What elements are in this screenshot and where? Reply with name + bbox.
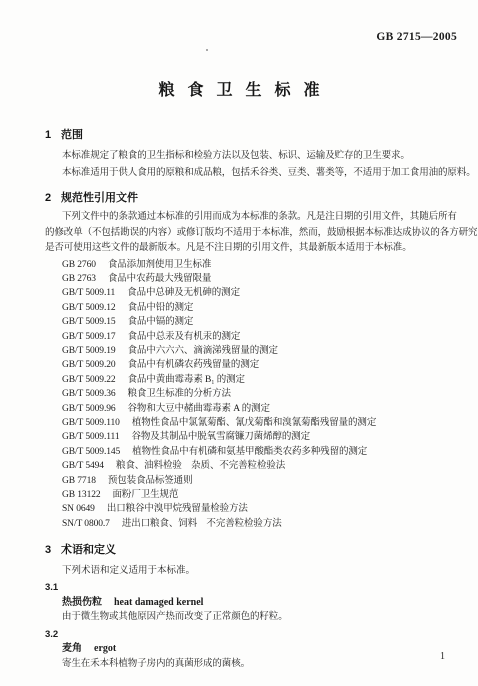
reference-item: GB/T 5009.36粮食卫生标准的分析方法 <box>45 387 437 401</box>
page-title: 粮食卫生标准 <box>0 77 478 100</box>
scope-paragraphs: 本标准规定了粮食的卫生指标和检验方法以及包装、标识、运输及贮存的卫生要求。 本标… <box>45 148 437 182</box>
reference-item: SN/T 0800.7进出口粮食、饲料 不完善粒检验方法 <box>45 517 437 531</box>
term-number: 3.1 <box>45 581 437 596</box>
reference-item: GB/T 5009.19食品中六六六、滴滴涕残留量的测定 <box>45 344 437 358</box>
reference-item: GB/T 5494粮食、油料检验 杂质、不完善粒检验法 <box>45 459 437 473</box>
terms-intro: 下列术语和定义适用于本标准。 <box>45 564 437 578</box>
scan-artifact-dot <box>206 49 208 51</box>
term-definition: 寄生在禾本科植物子房内的真菌形成的菌核。 <box>45 657 437 672</box>
reference-title: 粮食、油料检验 杂质、不完善粒检验法 <box>116 461 285 471</box>
reference-list: GB 2760食品添加剂使用卫生标准 GB 2763食品中农药最大残留限量 GB… <box>45 258 437 532</box>
paragraph: 本标准适用于供人食用的原粮和成品粮，包括禾谷类、豆类、薯类等，不适用于加工食用油… <box>45 165 437 182</box>
reference-title: 食品中总汞及有机汞的测定 <box>128 332 241 342</box>
reference-code: GB/T 5494 <box>62 459 104 473</box>
term-number: 3.2 <box>45 628 437 643</box>
reference-item: GB/T 5009.22食品中黄曲霉毒素 B₁ 的测定 <box>45 373 437 387</box>
reference-title: 粮食卫生标准的分析方法 <box>128 389 231 399</box>
reference-title: 食品中六六六、滴滴涕残留量的测定 <box>128 346 278 356</box>
term-name-en: ergot <box>94 643 116 654</box>
reference-item: GB/T 5009.12食品中铅的测定 <box>45 301 437 315</box>
section-title: 规范性引用文件 <box>61 192 138 204</box>
standard-code: GB 2715—2005 <box>376 31 457 43</box>
term-name-cn: 热损伤粒 <box>62 597 102 608</box>
reference-title: 面粉厂卫生规范 <box>113 490 179 500</box>
section-heading-normative-references: 2规范性引用文件 <box>45 191 437 205</box>
reference-item: GB 13122面粉厂卫生规范 <box>45 488 437 502</box>
reference-item: SN 0649出口粮谷中溴甲烷残留量检验方法 <box>45 502 437 516</box>
reference-code: GB/T 5009.22 <box>62 373 116 387</box>
term-name: 热损伤粒heat damaged kernel <box>45 596 437 611</box>
term-entry: 3.1 热损伤粒heat damaged kernel 由于微生物或其他原因产热… <box>45 581 437 625</box>
reference-title: 谷物及其制品中脱氧雪腐镰刀菌烯醇的测定 <box>131 432 310 442</box>
reference-item: GB/T 5009.20食品中有机磷农药残留量的测定 <box>45 358 437 372</box>
reference-item: GB/T 5009.96谷物和大豆中赭曲霉毒素 A 的测定 <box>45 402 437 416</box>
reference-code: GB 2760 <box>62 258 96 272</box>
reference-title: 食品中黄曲霉毒素 B₁ 的测定 <box>128 375 245 385</box>
reference-title: 食品中铅的测定 <box>128 303 194 313</box>
reference-item: GB/T 5009.15食品中镉的测定 <box>45 315 437 329</box>
reference-title: 食品添加剂使用卫生标准 <box>108 260 211 270</box>
reference-item: GB/T 5009.145植物性食品中有机磷和氨基甲酸酯类农药多种残留的测定 <box>45 445 437 459</box>
reference-title: 食品中农药最大残留限量 <box>108 274 211 284</box>
term-entry: 3.2 麦角ergot 寄生在禾本科植物子房内的真菌形成的菌核。 <box>45 628 437 672</box>
reference-code: GB/T 5009.19 <box>62 344 116 358</box>
paragraph-line: 下列文件中的条款通过本标准的引用而成为本标准的条款。凡是注日期的引用文件，其随后… <box>45 210 437 226</box>
reference-code: GB/T 5009.15 <box>62 315 116 329</box>
reference-item: GB/T 5009.11食品中总砷及无机砷的测定 <box>45 286 437 300</box>
reference-code: GB/T 5009.11 <box>62 286 115 300</box>
section-heading-scope: 1范围 <box>45 128 437 142</box>
reference-title: 植物性食品中有机磷和氨基甲酸酯类农药多种残留的测定 <box>132 447 367 457</box>
reference-code: GB/T 5009.96 <box>62 402 116 416</box>
reference-title: 食品中总砷及无机砷的测定 <box>127 288 240 298</box>
term-name: 麦角ergot <box>45 642 437 657</box>
reference-item: GB 2763食品中农药最大残留限量 <box>45 272 437 286</box>
term-name-cn: 麦角 <box>62 643 82 654</box>
section-number: 2 <box>45 191 61 205</box>
paragraph-line: 的修改单（不包括勘误的内容）或修订版均不适用于本标准，然而，鼓励根据本标准达成协… <box>45 226 437 242</box>
reference-title: 进出口粮食、饲料 不完善粒检验方法 <box>122 519 282 529</box>
reference-item: GB 7718预包装食品标签通则 <box>45 474 437 488</box>
section-title: 范围 <box>61 129 83 141</box>
section-title: 术语和定义 <box>61 544 116 556</box>
paragraph: 本标准规定了粮食的卫生指标和检验方法以及包装、标识、运输及贮存的卫生要求。 <box>45 148 437 165</box>
reference-code: GB 7718 <box>62 474 96 488</box>
reference-title: 食品中镉的测定 <box>128 317 194 327</box>
reference-code: GB/T 5009.111 <box>62 430 119 444</box>
reference-code: GB 2763 <box>62 272 96 286</box>
reference-code: GB/T 5009.20 <box>62 358 116 372</box>
reference-code: GB/T 5009.12 <box>62 301 116 315</box>
reference-code: SN 0649 <box>62 502 95 516</box>
page-number: 1 <box>440 651 445 662</box>
paragraph-line: 是否可使用这些文件的最新版本。凡是不注日期的引用文件，其最新版本适用于本标准。 <box>45 241 437 257</box>
section-heading-terms: 3术语和定义 <box>45 543 437 557</box>
reference-title: 植物性食品中氯氰菊酯、氰戊菊酯和溴氰菊酯残留量的测定 <box>132 418 376 428</box>
section-number: 1 <box>45 128 61 142</box>
reference-code: SN/T 0800.7 <box>62 517 110 531</box>
references-intro: 下列文件中的条款通过本标准的引用而成为本标准的条款。凡是注日期的引用文件，其随后… <box>45 210 437 257</box>
reference-title: 食品中有机磷农药残留量的测定 <box>128 360 260 370</box>
reference-title: 出口粮谷中溴甲烷残留量检验方法 <box>107 504 248 514</box>
reference-code: GB/T 5009.110 <box>62 416 120 430</box>
document-body: 1范围 本标准规定了粮食的卫生指标和检验方法以及包装、标识、运输及贮存的卫生要求… <box>45 120 437 671</box>
term-name-en: heat damaged kernel <box>114 597 203 608</box>
reference-code: GB/T 5009.145 <box>62 445 120 459</box>
reference-code: GB 13122 <box>62 488 101 502</box>
reference-item: GB/T 5009.17食品中总汞及有机汞的测定 <box>45 330 437 344</box>
term-definition: 由于微生物或其他原因产热而改变了正常颜色的籽粒。 <box>45 610 437 625</box>
reference-title: 预包装食品标签通则 <box>108 476 193 486</box>
reference-item: GB/T 5009.111谷物及其制品中脱氧雪腐镰刀菌烯醇的测定 <box>45 430 437 444</box>
reference-code: GB/T 5009.36 <box>62 387 116 401</box>
reference-code: GB/T 5009.17 <box>62 330 116 344</box>
section-number: 3 <box>45 543 61 557</box>
reference-item: GB 2760食品添加剂使用卫生标准 <box>45 258 437 272</box>
reference-title: 谷物和大豆中赭曲霉毒素 A 的测定 <box>128 404 270 414</box>
document-page: GB 2715—2005 粮食卫生标准 1范围 本标准规定了粮食的卫生指标和检验… <box>0 0 478 686</box>
reference-item: GB/T 5009.110植物性食品中氯氰菊酯、氰戊菊酯和溴氰菊酯残留量的测定 <box>45 416 437 430</box>
